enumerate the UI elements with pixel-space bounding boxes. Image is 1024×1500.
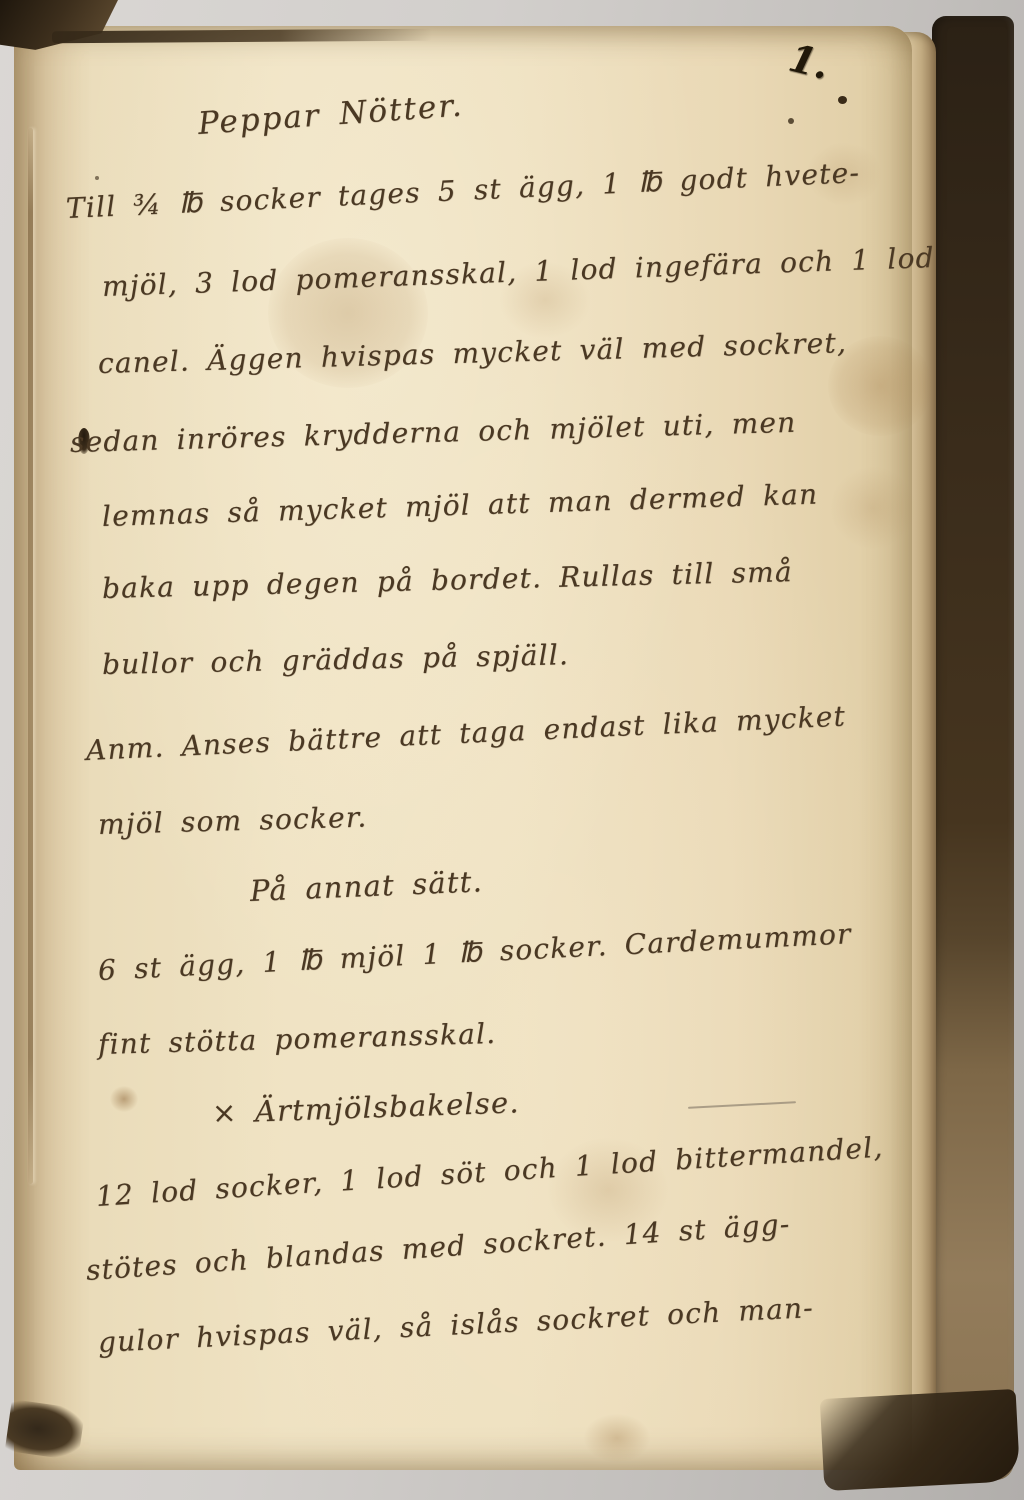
manuscript-photo: 1. Peppar Nötter. Till ¾ ℔ socker tages … — [0, 0, 1024, 1500]
binding-gutter-crease — [28, 128, 33, 1184]
paper-stain — [584, 1414, 650, 1462]
leather-cover-right-edge — [932, 16, 1014, 1480]
ink-speck — [838, 96, 847, 104]
paper-stain — [830, 466, 916, 550]
leather-corner-bottom-right — [820, 1389, 1021, 1491]
paper-stain — [110, 1086, 138, 1112]
ink-speck — [95, 176, 99, 180]
leather-fragment-bottom-left — [5, 1399, 86, 1461]
ink-speck — [788, 118, 794, 124]
